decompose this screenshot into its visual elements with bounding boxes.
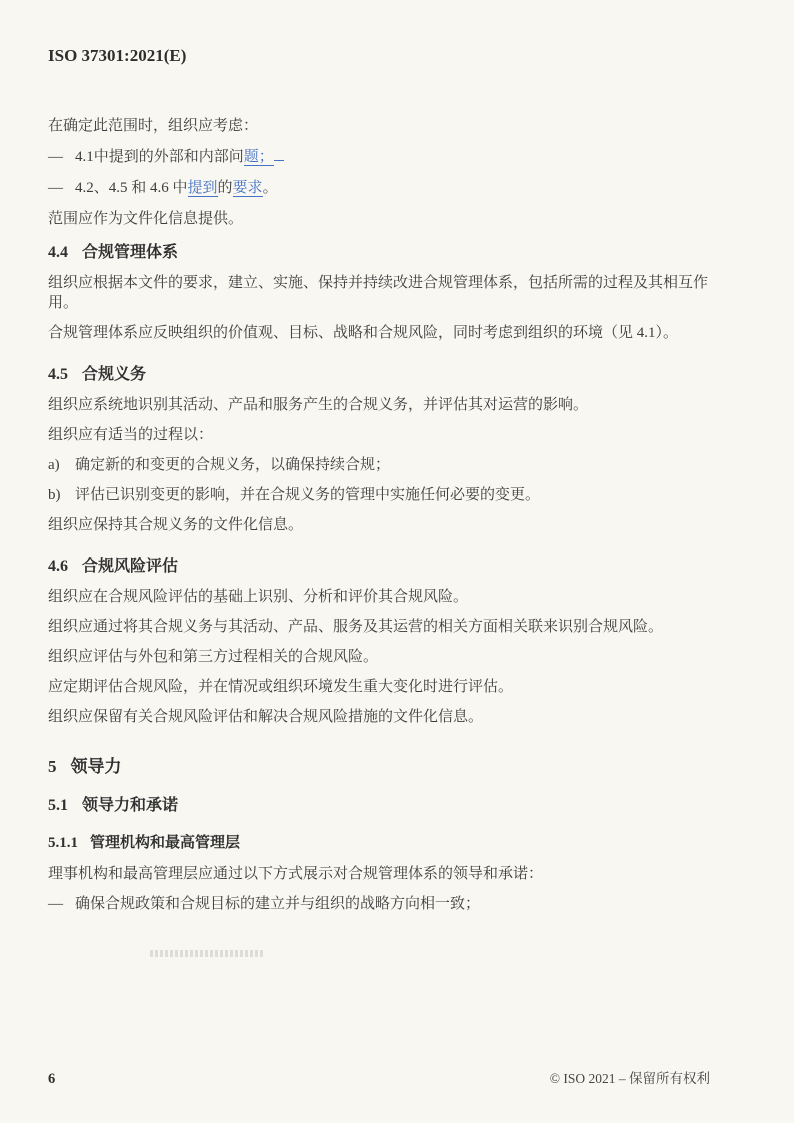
paragraph: 应定期评估合规风险，并在情况或组织环境发生重大变化时进行评估。 — [48, 677, 710, 697]
section-title: 合规管理体系 — [82, 244, 178, 261]
section-number: 4.6 — [48, 558, 68, 575]
bullet-text: 4.2、4.5 和 4.6 中 — [75, 180, 188, 196]
paragraph: 组织应保持其合规义务的文件化信息。 — [48, 515, 710, 535]
section-heading-4-4: 4.4合规管理体系 — [48, 242, 710, 264]
paragraph: 组织应系统地识别其活动、产品和服务产生的合规义务，并评估其对运营的影响。 — [48, 395, 710, 415]
section-number: 5.1.1 — [48, 835, 78, 851]
section-title: 领导力和承诺 — [82, 797, 178, 814]
cross-reference-link[interactable]: 题； — [244, 149, 274, 166]
paragraph: 组织应有适当的过程以： — [48, 425, 710, 445]
section-number: 4.5 — [48, 366, 68, 383]
paragraph: 组织应根据本文件的要求，建立、实施、保持并持续改进合规管理体系，包括所需的过程及… — [48, 273, 710, 313]
paragraph: 组织应保留有关合规风险评估和解决合规风险措施的文件化信息。 — [48, 707, 710, 727]
paragraph: 合规管理体系应反映组织的价值观、目标、战略和合规风险，同时考虑到组织的环境（见 … — [48, 323, 710, 343]
dash-item-text: 4.2、4.5 和 4.6 中提到的要求。 — [75, 178, 278, 198]
list-item-text: 评估已识别变更的影响，并在合规义务的管理中实施任何必要的变更。 — [75, 485, 540, 505]
dash-item-text: 确保合规政策和合规目标的建立并与组织的战略方向相一致； — [75, 894, 480, 914]
faint-watermark — [150, 950, 263, 957]
dash-list-item-1: — 4.1中提到的外部和内部问题； — [48, 147, 710, 167]
section-heading-4-6: 4.6合规风险评估 — [48, 556, 710, 578]
section-number: 5.1 — [48, 797, 68, 814]
bullet-text: 的 — [218, 180, 233, 196]
section-title: 合规风险评估 — [82, 558, 178, 575]
footer-page-number: 6 — [48, 1071, 55, 1088]
page-footer: 6 © ISO 2021 – 保留所有权利 — [48, 1067, 710, 1088]
cross-reference-link[interactable]: 要求 — [233, 180, 263, 197]
bullet-text: 。 — [263, 180, 278, 196]
paragraph: 组织应在合规风险评估的基础上识别、分析和评价其合规风险。 — [48, 587, 710, 607]
chapter-heading-5: 5领导力 — [48, 756, 710, 778]
dash-item-text: 4.1中提到的外部和内部问题； — [75, 147, 284, 167]
alpha-list-item-a: a) 确定新的和变更的合规义务，以确保持续合规； — [48, 455, 710, 475]
cross-reference-link[interactable]: 提到 — [188, 180, 218, 197]
paragraph: 组织应评估与外包和第三方过程相关的合规风险。 — [48, 647, 710, 667]
bullet-text: 4.1中提到的外部和内部问 — [75, 149, 244, 165]
document-id: ISO 37301:2021(E) — [48, 46, 710, 66]
document-body: 在确定此范围时，组织应考虑： — 4.1中提到的外部和内部问题； — 4.2、4… — [48, 116, 710, 914]
paragraph: 组织应通过将其合规义务与其活动、产品、服务及其运营的相关方面相关联来识别合规风险… — [48, 617, 710, 637]
document-page: ISO 37301:2021(E) 在确定此范围时，组织应考虑： — 4.1中提… — [0, 0, 794, 1123]
section-number: 4.4 — [48, 244, 68, 261]
dash-list-item-2: — 4.2、4.5 和 4.6 中提到的要求。 — [48, 178, 710, 198]
dash-marker: — — [48, 178, 75, 198]
section-title: 合规义务 — [82, 366, 146, 383]
dash-marker: — — [48, 894, 75, 914]
page-header: ISO 37301:2021(E) — [48, 46, 710, 66]
intro-lead-paragraph: 在确定此范围时，组织应考虑： — [48, 116, 710, 136]
list-marker: b) — [48, 485, 75, 505]
section-heading-5-1-1: 5.1.1管理机构和最高管理层 — [48, 833, 710, 854]
section-heading-4-5: 4.5合规义务 — [48, 364, 710, 386]
intro-close-paragraph: 范围应作为文件化信息提供。 — [48, 209, 710, 229]
link-underline-tail — [274, 147, 284, 161]
dash-marker: — — [48, 147, 75, 167]
list-marker: a) — [48, 455, 75, 475]
chapter-title: 领导力 — [71, 757, 122, 776]
alpha-list-item-b: b) 评估已识别变更的影响，并在合规义务的管理中实施任何必要的变更。 — [48, 485, 710, 505]
paragraph: 理事机构和最高管理层应通过以下方式展示对合规管理体系的领导和承诺： — [48, 864, 710, 884]
section-title: 管理机构和最高管理层 — [90, 835, 240, 851]
list-item-text: 确定新的和变更的合规义务，以确保持续合规； — [75, 455, 390, 475]
chapter-number: 5 — [48, 757, 57, 776]
section-heading-5-1: 5.1领导力和承诺 — [48, 795, 710, 817]
dash-list-item-3: — 确保合规政策和合规目标的建立并与组织的战略方向相一致； — [48, 894, 710, 914]
footer-copyright: © ISO 2021 – 保留所有权利 — [550, 1067, 710, 1087]
